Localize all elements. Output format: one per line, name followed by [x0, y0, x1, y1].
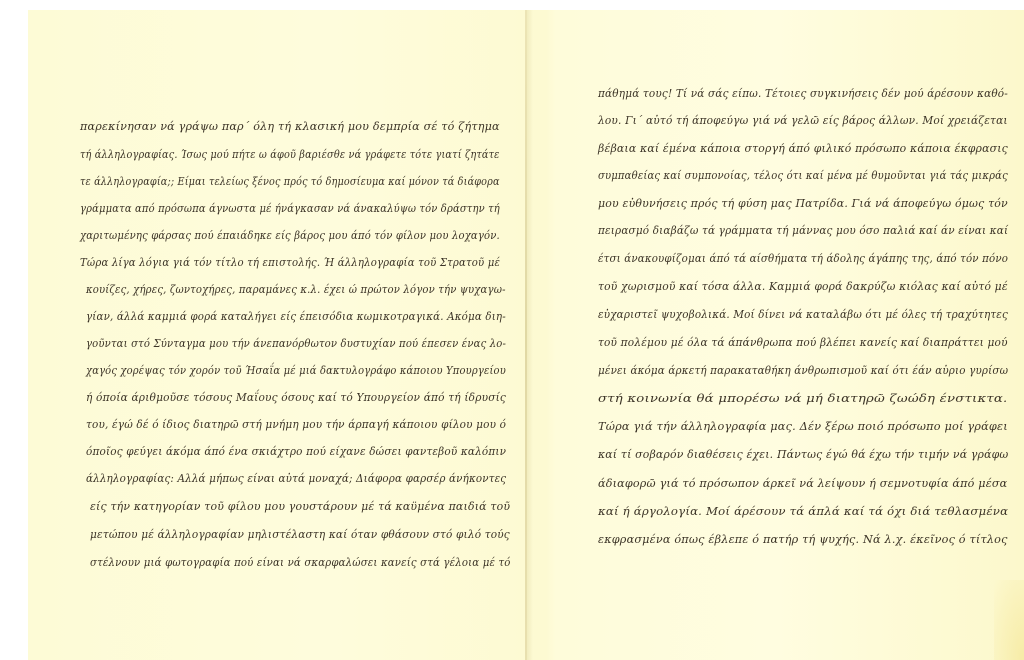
left-line-10: χαγός χορέψας τόν χορόν τοῦ Ήσαΐα μέ μιά… — [86, 363, 506, 377]
right-line-11: μένει άκόμα άρκετή παρακαταθήκη άνθρωπισ… — [598, 363, 1008, 377]
left-line-4: γράμματα από πρόσωπα άγνωστα μέ ήνάγκασα… — [80, 201, 500, 215]
left-line-2: τή άλληλογραφίας. Ίσως μού πήτε ω άφοῦ β… — [80, 147, 500, 161]
left-line-16: μετώπου μέ άλληλογραφίαν μηλιστέλαστη κα… — [90, 527, 510, 541]
left-line-3: τε άλληλογραφία;; Είμαι τελείως ξένος πρ… — [80, 174, 500, 188]
right-line-3: βέβαια καί έμένα κάποια στοργή άπό φιλικ… — [598, 141, 1008, 155]
left-line-13: όποῖος φεύγει άκόμα άπό ένα σκιάχτρο πού… — [86, 444, 506, 458]
right-line-13: Τώρα γιά τήν άλληλογραφία μας. Δέν ξέρω … — [598, 419, 1008, 433]
right-line-12: στή κοινωνία θά μπορέσω νά μή διατηρῶ ζω… — [598, 391, 1007, 405]
paper-sheet: παρεκίνησαν νά γράψω παρ΄ όλη τή κλασική… — [28, 10, 1024, 660]
right-line-17: εκφρασμένα όπως έβλεπε ό πατήρ τή ψυχής.… — [598, 532, 1008, 546]
right-line-14: καί τί σοβαρόν διαθέσεις έχει. Πάντως έγ… — [598, 447, 1008, 461]
right-line-5: μου εὐθυνήσεις πρός τή φύση μας Πατρίδα.… — [598, 196, 1008, 210]
right-line-1: πάθημά τους! Τί νά σάς είπω. Τέτοιες συγ… — [598, 86, 1008, 100]
left-line-7: κουίζες, χήρες, ζωντοχήρες, παραμάνες κ.… — [86, 282, 506, 296]
left-line-15: είς τήν κατηγορίαν τοῦ φίλου μου γουστάρ… — [90, 499, 510, 513]
left-line-11: ή όποία άριθμοῦσε τόσους Μαΐους όσους κα… — [86, 390, 506, 404]
right-page: πάθημά τους! Τί νά σάς είπω. Τέτοιες συγ… — [530, 10, 1024, 660]
right-line-16: καί ή άργολογία. Μοί άρέσουν τά άπλά καί… — [598, 504, 1008, 518]
right-line-7: έτσι άνακουφίζομαι άπό τά αίσθήματα τή ά… — [598, 251, 1008, 265]
right-line-9: εὐχαριστεῖ ψυχοβολικά. Μοί δίνει νά κατα… — [598, 307, 1008, 321]
left-line-9: γοῦνται στό Σύνταγμα μου τήν άνεπανόρθωτ… — [86, 336, 506, 350]
right-line-10: τοῦ πολέμου μέ όλα τά άπάνθρωπα πού βλέπ… — [598, 335, 1008, 349]
right-line-8: τοῦ χωρισμοῦ καί τόσα άλλα. Καμμιά φορά … — [598, 279, 1008, 293]
right-line-2: λου. Γι΄ αὐτό τή άποφεύγω γιά νά γελῶ εί… — [598, 113, 1008, 127]
left-line-12: του, έγώ δέ ό ίδιος διατηρῶ στή μνήμη μο… — [86, 417, 506, 431]
left-line-5: χαριτωμένης φάρσας πού έπαιάδηκε είς βάρ… — [80, 228, 500, 242]
right-line-15: άδιαφορῶ γιά τό πρόσωπον άρκεῖ νά λείψου… — [598, 476, 1007, 490]
left-line-17: στέλνουν μιά φωτογραφία πού είναι νά σκα… — [90, 555, 511, 569]
right-line-4: συμπαθείας καί συμπονοίας, τέλος ότι καί… — [598, 168, 1008, 182]
left-line-1: παρεκίνησαν νά γράψω παρ΄ όλη τή κλασική… — [80, 119, 500, 133]
paper-stain — [994, 580, 1024, 660]
right-line-6: πειρασμό διαβάζω τά γράμματα τή μάννας μ… — [598, 223, 1008, 237]
left-line-6: Τώρα λίγα λόγια γιά τόν τίτλο τή επιστολ… — [80, 255, 500, 269]
scanned-letter: παρεκίνησαν νά γράψω παρ΄ όλη τή κλασική… — [0, 0, 1024, 660]
left-line-14: άλληλογραφίας: Αλλά μήπως είναι αὐτά μον… — [86, 471, 506, 485]
left-line-8: γίαν, άλλά καμμιά φορά καταλήγει είς έπε… — [86, 309, 506, 323]
left-page: παρεκίνησαν νά γράψω παρ΄ όλη τή κλασική… — [28, 10, 525, 660]
